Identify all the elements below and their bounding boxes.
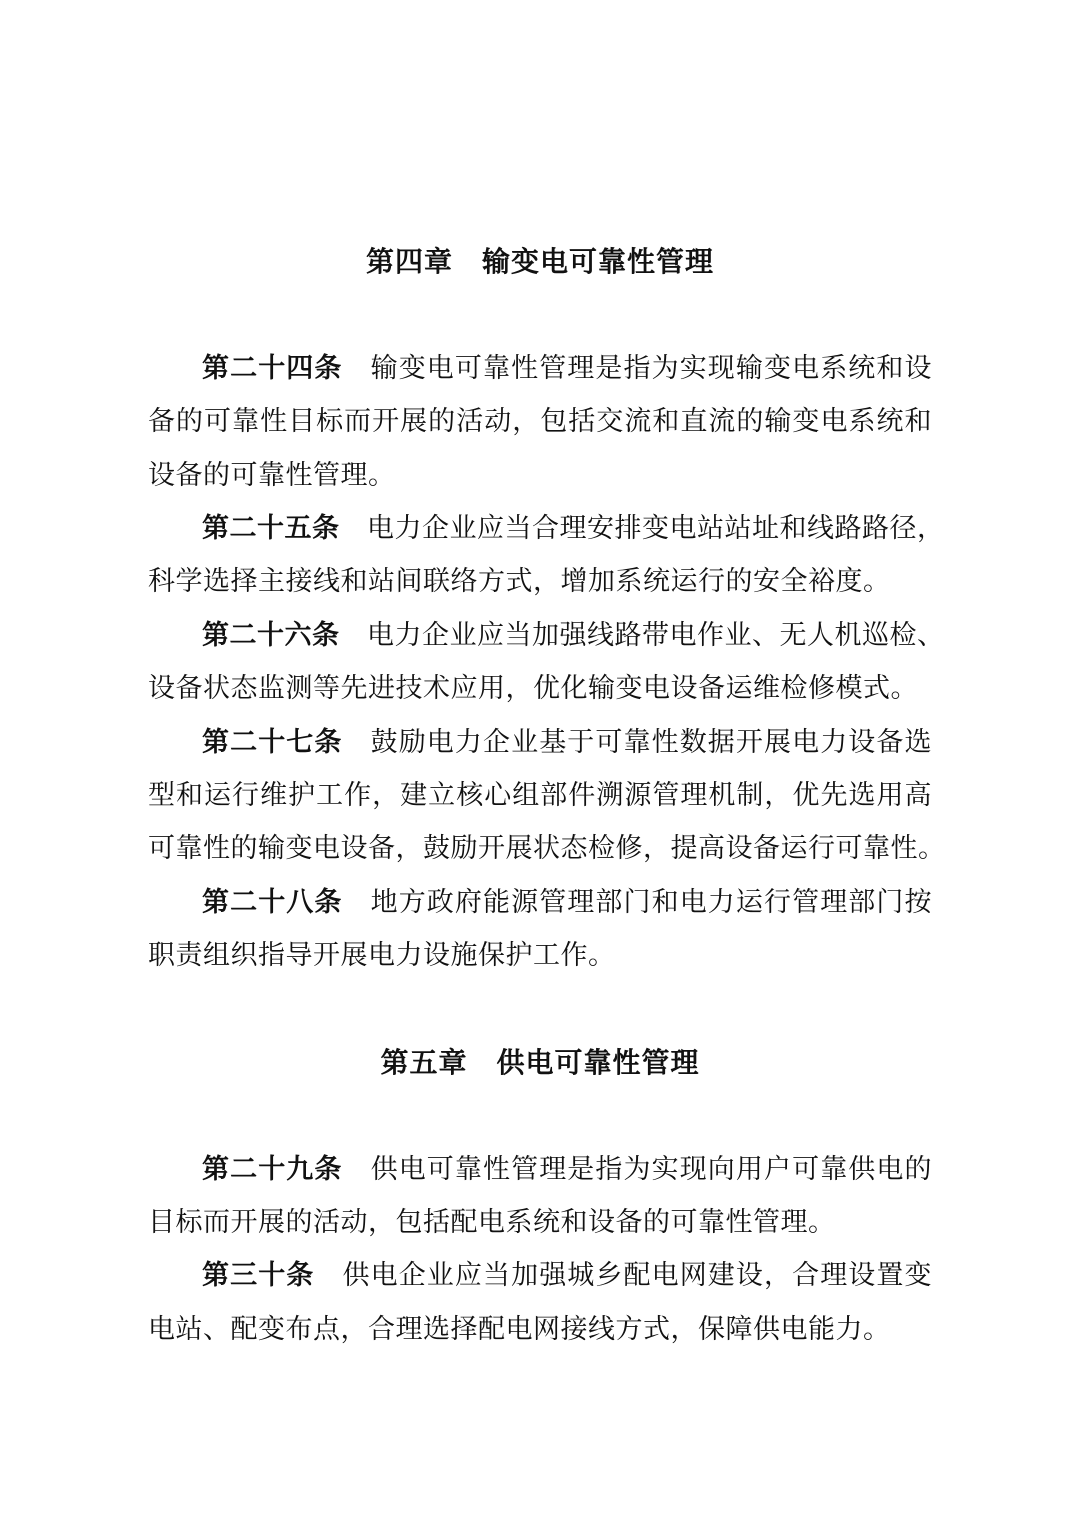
article-25-line-1: 第二十五条 电力企业应当合理安排变电站站址和线路路径， [148,502,932,555]
article-30-text: 供电企业应当加强城乡配电网建设，合理设置变 [314,1260,932,1290]
article-26-text: 电力企业应当加强线路带电作业、无人机巡检、 [340,620,945,650]
document-page: 第四章 输变电可靠性管理 第二十四条 输变电可靠性管理是指为实现输变电系统和设 … [0,0,1080,1527]
article-24-number: 第二十四条 [202,353,343,383]
article-28-line-1: 第二十八条 地方政府能源管理部门和电力运行管理部门按 [148,876,932,929]
article-29-line-2: 目标而开展的活动，包括配电系统和设备的可靠性管理。 [148,1196,932,1249]
article-24-line-1: 第二十四条 输变电可靠性管理是指为实现输变电系统和设 [148,342,932,395]
chapter-4-heading: 第四章 输变电可靠性管理 [148,235,932,288]
article-30-number: 第三十条 [202,1260,314,1290]
article-26-line-1: 第二十六条 电力企业应当加强线路带电作业、无人机巡检、 [148,609,932,662]
blank-line [148,1089,932,1142]
article-26-number: 第二十六条 [202,620,340,650]
article-27-line-1: 第二十七条 鼓励电力企业基于可靠性数据开展电力设备选 [148,716,932,769]
article-24-line-3: 设备的可靠性管理。 [148,449,932,502]
article-30-line-1: 第三十条 供电企业应当加强城乡配电网建设，合理设置变 [148,1249,932,1302]
article-24-line-2: 备的可靠性目标而开展的活动，包括交流和直流的输变电系统和 [148,395,932,448]
article-27-text: 鼓励电力企业基于可靠性数据开展电力设备选 [343,727,933,757]
article-28-text: 地方政府能源管理部门和电力运行管理部门按 [343,887,933,917]
chapter-5-heading: 第五章 供电可靠性管理 [148,1036,932,1089]
article-27-line-2: 型和运行维护工作，建立核心组部件溯源管理机制，优先选用高 [148,769,932,822]
article-29-number: 第二十九条 [202,1154,343,1184]
article-28-number: 第二十八条 [202,887,343,917]
article-27-line-3: 可靠性的输变电设备，鼓励开展状态检修，提高设备运行可靠性。 [148,822,932,875]
article-26-line-2: 设备状态监测等先进技术应用，优化输变电设备运维检修模式。 [148,662,932,715]
article-25-line-2: 科学选择主接线和站间联络方式，增加系统运行的安全裕度。 [148,555,932,608]
article-25-number: 第二十五条 [202,513,340,543]
article-29-line-1: 第二十九条 供电可靠性管理是指为实现向用户可靠供电的 [148,1143,932,1196]
article-25-text: 电力企业应当合理安排变电站站址和线路路径， [340,513,945,543]
article-28-line-2: 职责组织指导开展电力设施保护工作。 [148,929,932,982]
blank-line [148,982,932,1035]
article-30-line-2: 电站、配变布点，合理选择配电网接线方式，保障供电能力。 [148,1303,932,1356]
text-column: 第四章 输变电可靠性管理 第二十四条 输变电可靠性管理是指为实现输变电系统和设 … [148,235,932,1356]
blank-line [148,288,932,341]
article-24-text: 输变电可靠性管理是指为实现输变电系统和设 [343,353,933,383]
article-27-number: 第二十七条 [202,727,343,757]
article-29-text: 供电可靠性管理是指为实现向用户可靠供电的 [343,1154,933,1184]
